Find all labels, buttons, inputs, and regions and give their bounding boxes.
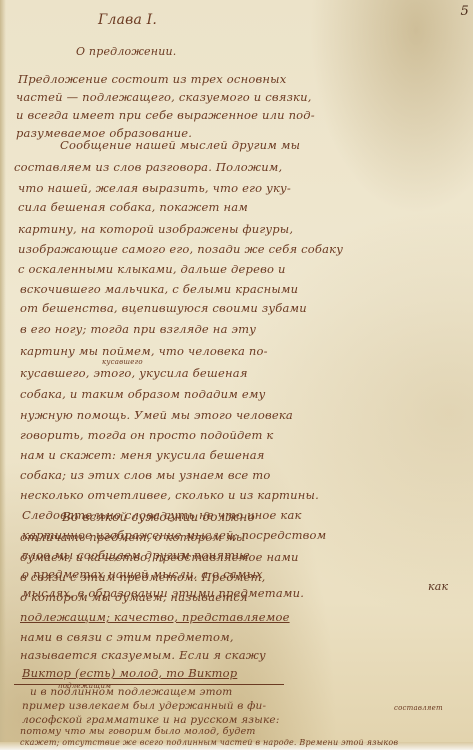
text-line: и всегда имеет при себе выраженное или п… xyxy=(16,108,315,122)
text-line: нам и скажет: меня укусила бешеная xyxy=(20,448,265,462)
text-line: картину мы поймем, что человека по- xyxy=(20,344,268,358)
manuscript-page: 5 Глава I. О предложении. Предложение со… xyxy=(0,0,473,750)
chapter-title: Глава I. xyxy=(98,12,157,28)
text-line: от бешенства, вцепившуюся своими зубами xyxy=(20,301,307,315)
text-line: в его ногу; тогда при взгляде на эту xyxy=(20,322,256,336)
text-line: думаем, и качество, представляемое нами xyxy=(20,550,299,564)
text-line: скажет; отсутствие же всего подлинным ча… xyxy=(20,738,398,747)
text-line: картину, на которой изображены фигуры, xyxy=(18,222,293,236)
text-line: лософской грамматике и на русском языке: xyxy=(22,714,280,726)
text-line: говорить, тогда он просто подойдет к xyxy=(20,428,273,442)
text-line: Сообщение нашей мыслей другим мы xyxy=(60,138,300,152)
page-number: 5 xyxy=(461,4,469,19)
text-line: нами в связи с этим предметом, xyxy=(20,630,234,644)
text-line: Виктор (есть) молод, то Виктор xyxy=(22,666,237,680)
page-left-edge xyxy=(0,0,6,750)
text-line: потому что мы говорим было молод, будет xyxy=(20,726,256,737)
text-line: что нашей, желая выразить, что его уку- xyxy=(18,181,291,195)
text-line: называется сказуемым. Если я скажу xyxy=(20,648,266,662)
interlinear-note: составляет xyxy=(394,704,443,712)
text-line: составляем из слов разговора. Положим, xyxy=(14,160,282,174)
text-line: и в подлинном подлежащем этот xyxy=(30,686,232,698)
text-line: о котором мы думаем, называется xyxy=(20,590,248,604)
text-line: с оскаленными клыками, дальше дерево и xyxy=(18,262,286,276)
interlinear-note: кусавшего xyxy=(102,358,143,366)
text-line: нужную помощь. Умей мы этого человека xyxy=(20,408,293,422)
text-line: отличать предмет, о котором мы xyxy=(20,530,245,544)
text-line: вскочившего мальчика, с белыми красными xyxy=(20,282,298,296)
text-line: собака; из этих слов мы узнаем все то xyxy=(20,468,271,482)
text-line: Во всякой суждении должно xyxy=(62,510,255,524)
text-line: в связи с этим предметом. Предмет, xyxy=(20,570,266,584)
section-divider xyxy=(14,684,284,685)
text-line: Предложение состоит из трех основных xyxy=(18,72,286,86)
margin-note: как xyxy=(428,580,448,593)
text-line: частей — подлежащего, сказуемого и связк… xyxy=(16,90,312,104)
text-line: собака, и таким образом подадим ему xyxy=(20,387,265,401)
text-line: изображающие самого его, позади же себя … xyxy=(18,242,343,256)
text-line: кусавшего, этого, укусила бешеная xyxy=(20,366,248,380)
text-line: пример извлекаем был удержанный в фи- xyxy=(22,700,266,712)
text-line: подлежащим; качество, представляемое xyxy=(20,610,290,624)
section-title: О предложении. xyxy=(76,45,176,58)
text-line: сила бешеная собака, покажет нам xyxy=(18,200,248,214)
text-line: несколько отчетливее, сколько и из карти… xyxy=(20,488,319,502)
